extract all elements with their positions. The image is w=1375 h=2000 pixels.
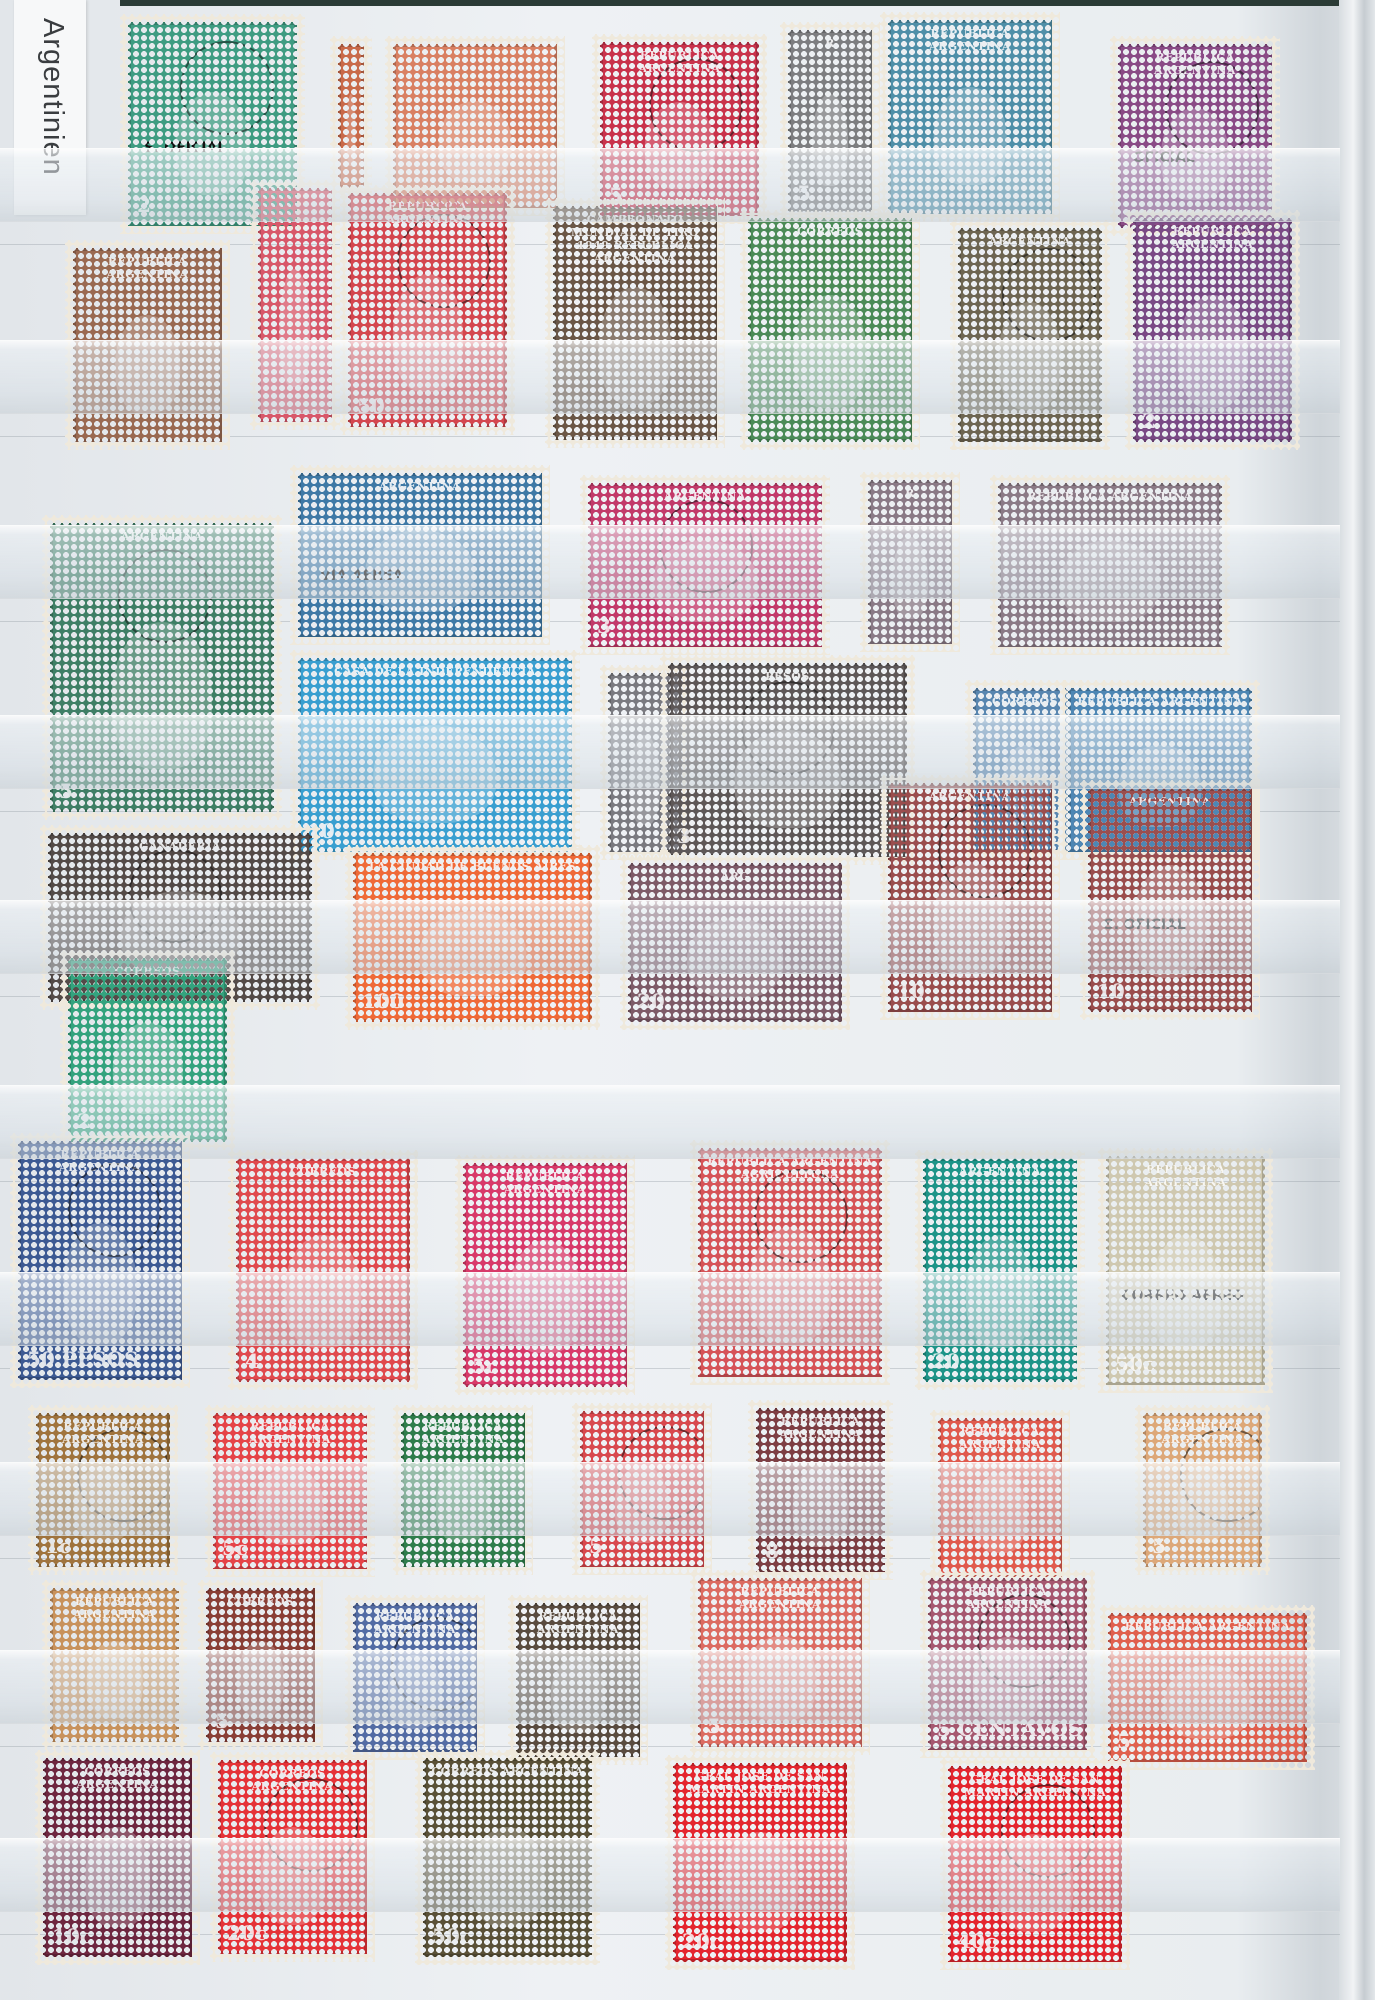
stamp-inscription: REPUBLICA ARGENTINA — [76, 255, 219, 281]
postmark-icon — [938, 804, 1032, 898]
stamp-denomination: 40c — [957, 1929, 997, 1953]
stamp-inscription: CORREOS — [239, 1165, 407, 1178]
pocket-strip — [0, 900, 1340, 974]
stamp-inscription: LA CIUDAD DE BUENOS AIRES — [356, 860, 589, 873]
pocket-strip — [0, 1838, 1340, 1912]
stamp-inscription: ARGENTINA — [961, 235, 1099, 248]
postmark-icon — [180, 41, 274, 135]
pocket-strip — [0, 1085, 1340, 1159]
postmark-icon — [754, 1169, 848, 1263]
pocket-strip — [0, 1272, 1340, 1346]
album-binding — [1339, 0, 1375, 2000]
stamp-rock-bridge[interactable]: ARGENTINA10 — [880, 775, 1060, 1020]
stamp-portrait[interactable]: REPUBLICA ARGENTINA2 — [1125, 210, 1300, 450]
stamp-inscription: REPUBLICA ARGENTINA — [216, 1420, 364, 1446]
pocket-strip — [0, 340, 1340, 414]
stamp-denomination: 5 — [1117, 1729, 1131, 1753]
stamp-inscription: CORREOS ARGENTINA — [46, 1765, 189, 1791]
postmark-icon — [397, 214, 491, 308]
stamp-portrait[interactable]: REPUBLICA ARGENTINA50 PESOS — [10, 1133, 190, 1388]
stamp-inscription: REPUBLICA ARGENTINA — [404, 1420, 522, 1446]
stamp-inscription: R — [871, 487, 949, 500]
stamp-inscription: R — [791, 37, 869, 50]
stamp-inscription: REPUBLICA ARGENTINA — [1111, 1620, 1304, 1633]
stamp-denomination: 50c — [432, 1924, 472, 1948]
stamp-design: REPUBLICA ARGENTINA50cCORREO AEREO — [1106, 1156, 1265, 1385]
stamp-tree[interactable]: CORREOS — [740, 210, 920, 450]
postmark-icon — [1165, 61, 1259, 155]
stamp-inscription: REPUBLICA ARGENTINA — [1136, 225, 1289, 251]
stamp-inscription: ARGENTINA — [926, 1165, 1074, 1178]
stamp-inscription: REPUBLICA ARGENTINA — [759, 1415, 882, 1441]
pocket-strip — [0, 1650, 1340, 1724]
stamp-design: CORREOS4 — [236, 1158, 410, 1382]
pocket-strip — [0, 715, 1340, 789]
stamp-inscription: CASA DE LA INDEPENDENCIA — [301, 665, 569, 678]
stockbook-page: Argentinien 2S. OFICIALREPUBLICA ARGENTI… — [0, 0, 1375, 2000]
stamp-denomination: 4 — [245, 1349, 259, 1373]
stamp-denomination: 10 — [897, 979, 925, 1003]
stamp-denomination: 1c — [45, 1534, 71, 1558]
stamp-denomination: 3 — [677, 824, 691, 848]
postmark-icon — [1002, 248, 1096, 342]
stamp-inscription: CORREOS — [751, 225, 909, 238]
stamp-inscription: REPUBLICA ARGENTINA — [1071, 695, 1249, 708]
stamp-denomination: 10c — [52, 1924, 92, 1948]
stamp-denomination: 8 — [765, 1539, 779, 1563]
stamp-denomination: 5 — [589, 1534, 603, 1558]
stamp-farmer[interactable]: REPUBLICA ARGENTINA AGRICULTURA — [690, 1140, 890, 1385]
stamp-inscription: ARGENTINA — [301, 480, 539, 493]
stamp-inscription: REPUBLICA ARGENTINA — [519, 1610, 637, 1636]
postmark-icon — [649, 58, 743, 152]
pocket-strip — [0, 525, 1340, 599]
stamp-denomination: 50c — [1115, 1352, 1155, 1376]
stamp-denomination: 5c — [472, 1354, 498, 1378]
stamp-inscription: ARG — [631, 870, 839, 883]
stamp-inscription: REPUBLICA ARGENTINA — [53, 1595, 176, 1621]
stamp-portrait[interactable]: CORREOS4 — [228, 1150, 418, 1390]
stamp-denomination: 10 — [1097, 979, 1125, 1003]
stamp-design: ARGENTINA20 — [923, 1158, 1077, 1382]
stamp-denomination: 20 — [932, 1349, 960, 1373]
stamp-denomination: 20 — [637, 989, 665, 1013]
stamp-inscription: ARGENTINA — [1091, 795, 1249, 808]
stamp-inscription: ARGENTINA — [891, 790, 1049, 803]
stamp-denomination: 5c — [222, 1536, 248, 1560]
stamp-inscription: CORREOS ARGENTINA — [426, 1765, 589, 1778]
stamp-portrait[interactable]: ARGENTINA — [950, 220, 1110, 450]
stamp-design: ARGENTINA10 — [888, 783, 1052, 1012]
album-edge — [120, 0, 1375, 6]
postmark-icon — [68, 1163, 162, 1257]
stamp-denomination: 3 — [597, 614, 611, 638]
stamp-denomination: 5 — [1152, 1534, 1166, 1558]
stamp-inscription: REPUBLICA ARGENTINA — [941, 1425, 1059, 1451]
stamp-inscription: CORREOS — [209, 1595, 312, 1608]
stamp-denomination: 100 — [362, 989, 404, 1013]
stamp-mountains[interactable]: ARGENTINA20 — [915, 1150, 1085, 1390]
pocket-strip — [0, 148, 1340, 222]
stamp-denomination: 20c — [227, 1921, 267, 1945]
stamp-mercury[interactable]: REPUBLICA ARGENTINA50cCORREO AEREO — [1098, 1148, 1273, 1393]
stamp-inscription: REPUBLICA ARGENTINA — [701, 1585, 859, 1611]
stamp-inscription: REPUBLICA ARGENTINA — [1001, 490, 1219, 503]
stamp-inscription: GRAL JOSE DE SAN MARTIN ARGENTINA — [676, 1770, 844, 1796]
pocket-strip — [0, 1462, 1340, 1536]
stamp-inscription: REPUBLICA ARGENTINA — [891, 27, 1049, 53]
stamp-denomination: 50 PESOS — [27, 1347, 138, 1371]
stamp-inscription: REPUBLICA ARGENTINA — [466, 1170, 624, 1196]
stamp-denomination: 20c — [682, 1929, 722, 1953]
stamp-inscription: REPUBLICA ARGENTINA — [1109, 1163, 1262, 1189]
